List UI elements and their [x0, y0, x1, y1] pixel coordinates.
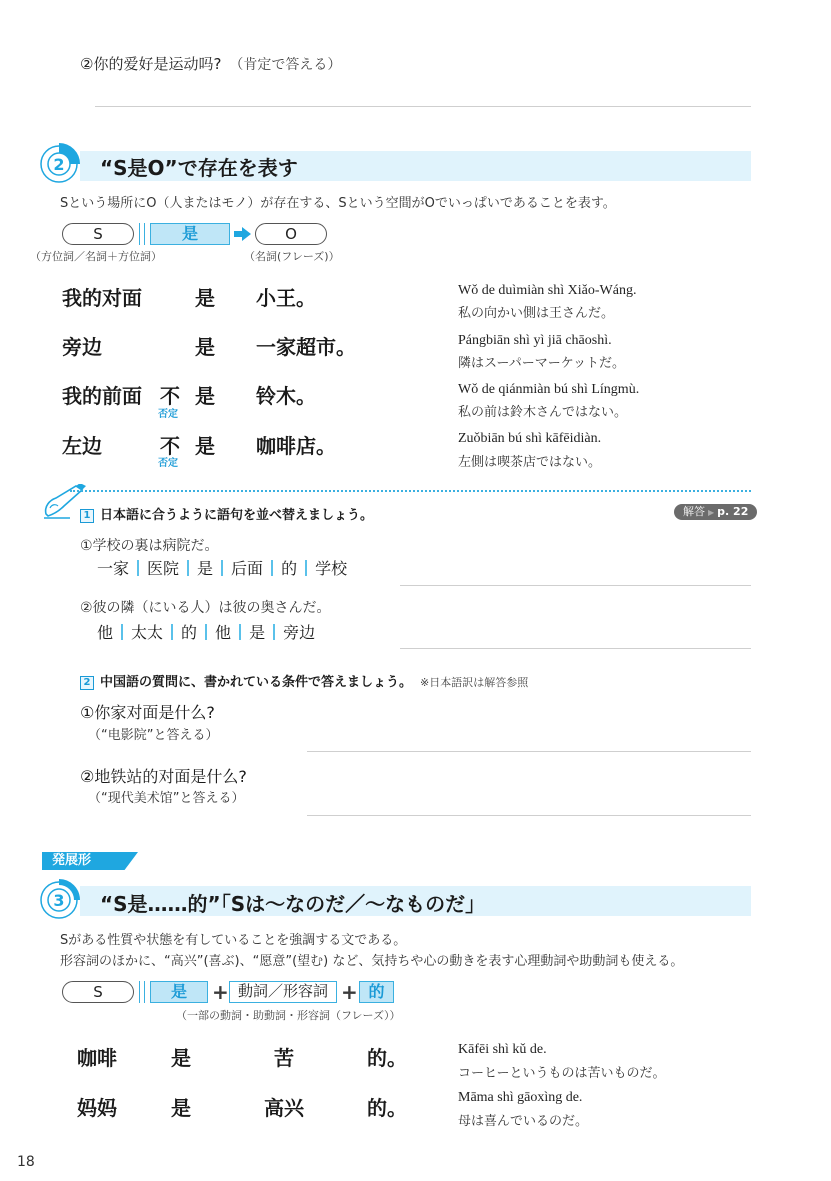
top-question-text: ②你的爱好是运动吗?: [80, 55, 221, 73]
section-number-3-icon: 3: [38, 879, 80, 921]
exercise-1-item-1-prompt: ①学校の裏は病院だ。: [80, 535, 219, 555]
example-pinyin: Kāfēi shì kǔ de.: [458, 1042, 547, 1058]
word-separator: [187, 560, 189, 576]
word-chip[interactable]: 是: [249, 623, 265, 642]
word-chip[interactable]: 他: [215, 623, 231, 642]
answer-line[interactable]: [400, 585, 751, 586]
example-middle: 高兴: [264, 1092, 304, 1121]
example-verb: 是: [195, 331, 215, 360]
answer-line[interactable]: [400, 648, 751, 649]
example-middle: 苦: [274, 1042, 294, 1071]
example-pinyin: Māma shì gāoxìng de.: [458, 1090, 582, 1106]
word-chip[interactable]: 学校: [315, 559, 347, 578]
answer-reference-badge[interactable]: 解答▶p. 22: [674, 504, 757, 520]
exercise-2-note: ※日本語訳は解答参照: [420, 676, 528, 689]
answer-page: p. 22: [717, 505, 748, 518]
example-translation: 左側は喫茶店ではない。: [458, 451, 601, 470]
example-verb: 是: [171, 1092, 191, 1121]
negation-label: 否定: [158, 405, 178, 420]
triangle-right-icon: ▶: [708, 508, 714, 517]
word-separator: [221, 560, 223, 576]
example-end: 的。: [367, 1042, 407, 1071]
exercise-1-item-2-words: 他太太的他是旁边: [97, 620, 315, 643]
word-chip[interactable]: 的: [181, 623, 197, 642]
exercise-2-question-2: ②地铁站的对面是什么?: [80, 764, 247, 787]
exercise-2-question-1: ①你家对面是什么?: [80, 700, 215, 723]
answer-line[interactable]: [307, 751, 751, 752]
answer-label: 解答: [683, 505, 705, 518]
pattern-subject-box: S: [62, 981, 134, 1003]
answer-line[interactable]: [95, 106, 751, 107]
exercise-2-heading: 2中国語の質問に、書かれている条件で答えましょう。※日本語訳は解答参照: [80, 671, 528, 690]
example-pinyin: Pángbiān shì yì jiā chāoshì.: [458, 333, 612, 349]
example-end: 的。: [367, 1092, 407, 1121]
example-translation: 母は喜んでいるのだ。: [458, 1110, 588, 1129]
example-subject: 咖啡: [77, 1042, 117, 1071]
example-pinyin: Wǒ de qiánmiàn bú shì Língmù.: [458, 382, 639, 398]
object-note: （名詞(フレーズ)）: [244, 248, 340, 264]
section-2-description: Sという場所にO（人またはモノ）が存在する、Sという空間がOでいっぱいであること…: [60, 192, 616, 211]
section-3-description-line-2: 形容詞のほかに、“高兴”(喜ぶ)、“愿意”(望む) など、気持ちや心の動きを表す…: [60, 950, 683, 969]
pattern-middle-box: 動詞／形容詞: [229, 981, 337, 1003]
exercise-2-condition-2: （“现代美术馆”と答える）: [88, 787, 244, 806]
word-chip[interactable]: 医院: [147, 559, 179, 578]
exercise-2-number: 2: [80, 676, 94, 690]
plus-sign: +: [212, 981, 229, 1003]
example-subject: 妈妈: [77, 1092, 117, 1121]
arrow-right-icon: [234, 226, 252, 246]
example-subject: 我的对面: [62, 282, 142, 311]
section-3-title: “S是……的”「Sは～なのだ／～なものだ」: [100, 888, 485, 917]
word-separator: [121, 624, 123, 640]
example-pinyin: Wǒ de duìmiàn shì Xiǎo-Wáng.: [458, 283, 636, 299]
section-2-title: “S是O”で存在を表す: [100, 152, 298, 181]
example-object: 一家超市。: [256, 331, 356, 360]
word-chip[interactable]: 后面: [231, 559, 263, 578]
example-translation: 私の向かい側は王さんだ。: [458, 302, 614, 321]
top-question-note: （肯定で答える）: [229, 57, 341, 73]
exercise-1-heading: 1日本語に合うように語句を並べ替えましょう。: [80, 504, 373, 523]
exercise-2-condition-1: （“电影院”と答える）: [88, 724, 218, 743]
pattern-verb-box: 是: [150, 223, 230, 245]
word-separator: [271, 560, 273, 576]
pattern-separator: [139, 981, 145, 1003]
example-pinyin: Zuǒbiān bú shì kāfēidiàn.: [458, 431, 601, 447]
example-object: 小王。: [256, 282, 316, 311]
example-subject: 左边: [62, 430, 102, 459]
example-object: 铃木。: [256, 380, 316, 409]
example-translation: 隣はスーパーマーケットだ。: [458, 352, 625, 371]
word-separator: [239, 624, 241, 640]
word-separator: [171, 624, 173, 640]
example-verb: 是: [171, 1042, 191, 1071]
example-verb: 是: [195, 380, 215, 409]
middle-note: （一部の動詞・助動詞・形容詞（フレーズ））: [176, 1007, 401, 1023]
word-chip[interactable]: 的: [281, 559, 297, 578]
pattern-subject-box: S: [62, 223, 134, 245]
example-object: 咖啡店。: [256, 430, 336, 459]
exercise-2-instruction: 中国語の質問に、書かれている条件で答えましょう。: [100, 675, 412, 690]
example-verb: 是: [195, 430, 215, 459]
word-separator: [137, 560, 139, 576]
section-number-2-icon: 2: [38, 143, 80, 185]
example-subject: 旁边: [62, 331, 102, 360]
answer-line[interactable]: [307, 815, 751, 816]
svg-text:3: 3: [53, 891, 64, 910]
word-chip[interactable]: 一家: [97, 559, 129, 578]
pattern-object-box: O: [255, 223, 327, 245]
word-separator: [205, 624, 207, 640]
example-verb: 是: [195, 282, 215, 311]
example-translation: コーヒーというものは苦いものだ。: [458, 1062, 665, 1081]
svg-text:2: 2: [53, 155, 64, 174]
subject-note: （方位詞／名詞＋方位詞）: [30, 248, 162, 264]
exercise-divider: [70, 490, 751, 492]
page-number: 18: [17, 1154, 35, 1170]
pattern-end-box: 的: [359, 981, 394, 1003]
negation-label: 否定: [158, 454, 178, 469]
top-question: ②你的爱好是运动吗?（肯定で答える）: [80, 53, 341, 74]
exercise-1-number: 1: [80, 509, 94, 523]
development-tag: 発展形: [42, 852, 138, 870]
word-chip[interactable]: 他: [97, 623, 113, 642]
exercise-1-item-2-prompt: ②彼の隣（にいる人）は彼の奥さんだ。: [80, 597, 331, 617]
exercise-1-item-1-words: 一家医院是后面的学校: [97, 556, 347, 579]
word-separator: [273, 624, 275, 640]
section-3-description-line-1: Sがある性質や状態を有していることを強調する文である。: [60, 929, 406, 948]
exercise-1-instruction: 日本語に合うように語句を並べ替えましょう。: [100, 508, 373, 523]
pattern-separator: [139, 223, 145, 245]
example-translation: 私の前は鈴木さんではない。: [458, 401, 627, 420]
plus-sign: +: [341, 981, 358, 1003]
word-chip[interactable]: 是: [197, 559, 213, 578]
example-subject: 我的前面: [62, 380, 142, 409]
word-separator: [305, 560, 307, 576]
word-chip[interactable]: 旁边: [283, 623, 315, 642]
pattern-verb-box: 是: [150, 981, 208, 1003]
word-chip[interactable]: 太太: [131, 623, 163, 642]
